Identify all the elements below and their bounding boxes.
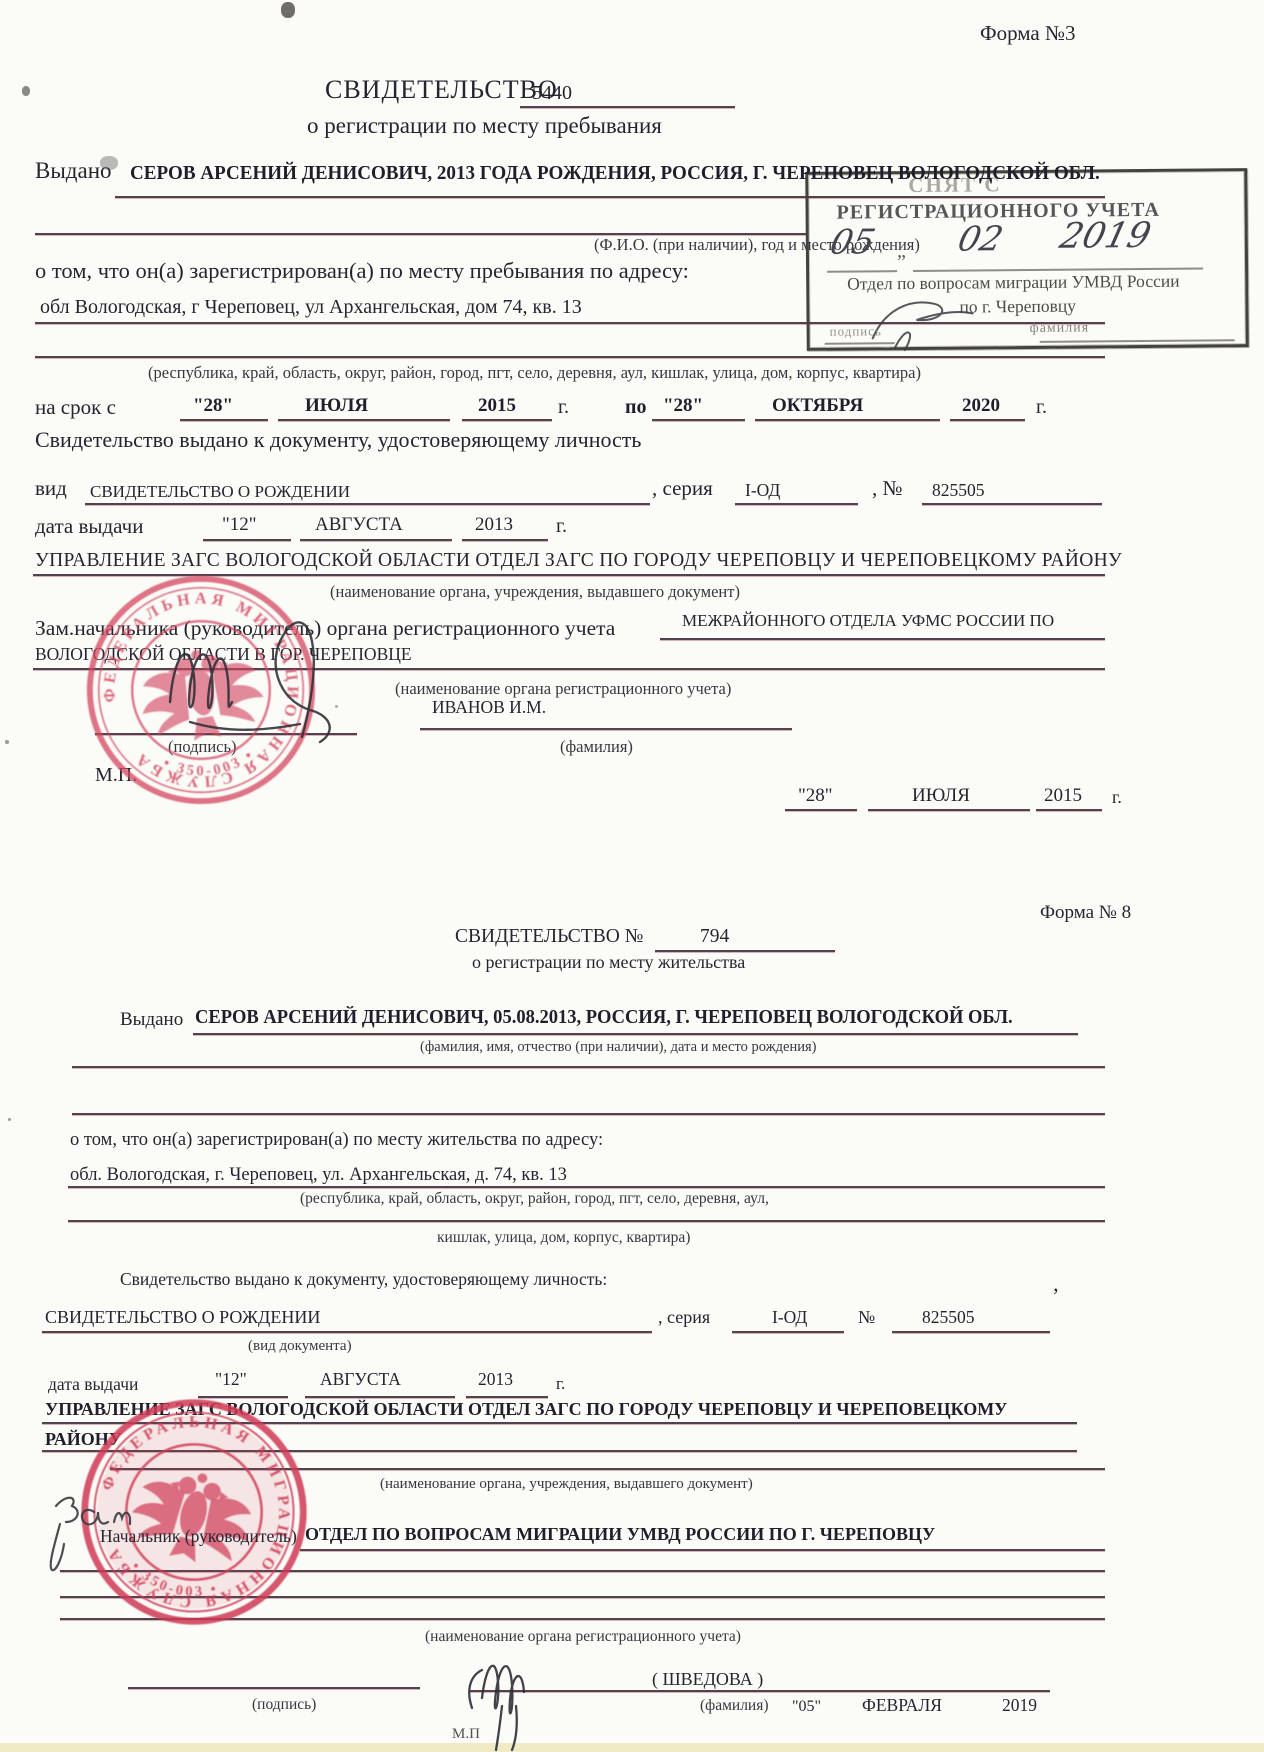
doc2-registered-text: о том, что он(а) зарегистрирован(а) по м… [70,1130,603,1150]
doc1-term-label: на срок с [35,396,116,419]
doc2-seriya-label: , серия [658,1308,710,1328]
doc2-no-label: № [858,1308,875,1328]
doc1-issue-month: АВГУСТА [315,515,403,536]
doc2-issue-day: "12" [215,1370,247,1389]
doc1-issue-year-suffix: г. [556,515,567,537]
ruled-line [85,503,650,505]
doc2-vid-caption: (вид документа) [248,1338,352,1355]
ruled-line [193,1033,1078,1035]
doc1-no-value: 825505 [932,481,985,500]
doc1-issue-year: 2013 [475,515,513,536]
doc1-year-suffix: г. [558,396,569,418]
doc2-issue-year: 2013 [478,1370,513,1389]
doc2-seriya-value: I-ОД [772,1308,807,1327]
scan-speck [8,1118,11,1121]
doc2-doc-text: Свидетельство выдано к документу, удосто… [120,1270,607,1289]
doc1-certificate-number: 5440 [532,82,572,104]
doc2-fio-caption: (фамилия, имя, отчество (при наличии), д… [420,1040,817,1056]
doc1-vid-label: вид [35,477,67,500]
ruled-line [785,809,857,811]
doc1-doc-text: Свидетельство выдано к документу, удосто… [35,428,641,452]
ruled-line [68,1186,1105,1188]
doc2-address: обл. Вологодская, г. Череповец, ул. Арха… [70,1165,567,1185]
doc2-surname-caption: (фамилия) [700,1697,769,1714]
doc2-issued-label: Выдано [120,1010,183,1031]
doc2-apostrophe-mark: ’ [1052,1284,1059,1308]
doc1-term-from-year: 2015 [478,396,516,417]
doc2-date-year: 2019 [1002,1696,1037,1715]
ruled-line [305,1396,455,1398]
doc1-chief-org1: МЕЖРАЙОННОГО ОТДЕЛА УФМС РОССИИ ПО [682,612,1054,631]
ruled-line [735,503,858,505]
stampbox-quote-mark: „ [897,240,906,262]
doc2-title: СВИДЕТЕЛЬСТВО № [455,926,643,947]
doc2-date-month: ФЕВРАЛЯ [862,1696,942,1715]
ruled-line [520,106,735,108]
doc2-signature [452,1640,602,1752]
scan-bottom-edge [0,1743,1264,1752]
doc1-term-from-month: ИЮЛЯ [305,396,368,417]
doc1-issue-day: "12" [222,515,257,536]
ruled-line [755,419,940,421]
doc1-vid-value: СВИДЕТЕЛЬСТВО О РОЖДЕНИИ [90,483,350,502]
ruled-line [950,419,1025,421]
ruled-line [35,356,1105,358]
ruled-line [300,1549,1105,1551]
doc1-form-label: Форма №3 [980,22,1076,45]
scan-speck [281,2,295,18]
ruled-line [68,1220,1105,1222]
stampbox-handwritten-year: 2019 [1056,216,1155,257]
doc1-subtitle: о регистрации по месту пребывания [307,113,662,138]
doc1-no-label: , № [872,477,903,500]
ruled-line [732,1331,844,1333]
doc1-date-month: ИЮЛЯ [912,786,970,807]
doc1-zags-caption: (наименование органа, учреждения, выдавш… [330,583,740,601]
ruled-line [180,419,268,421]
ruled-line [660,638,1105,640]
doc1-term-to-year: 2020 [962,396,1000,417]
doc1-holder-name: СЕРОВ АРСЕНИЙ ДЕНИСОВИЧ, 2013 ГОДА РОЖДЕ… [130,162,1100,185]
doc2-date-day: "05" [792,1698,821,1716]
doc1-term-to-label: по [625,396,647,418]
ruled-line [462,419,552,421]
doc1-seriya-label: , серия [652,477,713,500]
ruled-line [72,1066,1105,1068]
doc1-issue-label: дата выдачи [35,515,143,538]
doc1-date-day: "28" [798,786,833,807]
doc1-org-caption: (наименование органа регистрационного уч… [395,680,731,698]
doc2-zags-caption: (наименование органа, учреждения, выдавш… [380,1476,753,1493]
doc1-date-year: 2015 [1044,786,1082,807]
doc1-seriya-value: I-ОД [745,481,780,500]
doc2-subtitle: о регистрации по месту жительства [472,953,745,973]
doc2-surname: ( ШВЕДОВА ) [652,1670,763,1690]
doc1-year-suffix2: г. [1036,396,1047,418]
ruled-line [922,503,1102,505]
ruled-line [203,539,291,541]
doc1-signature [150,582,350,757]
stampbox-sig-label: подпись [830,324,882,339]
doc1-address: обл Вологодская, г Череповец, ул Арханге… [40,296,582,318]
doc2-no-value: 825505 [922,1308,975,1327]
doc1-address-caption: (республика, край, область, округ, район… [148,364,921,382]
scan-speck [100,156,118,170]
doc1-surname: ИВАНОВ И.М. [432,698,546,717]
doc2-address-caption2: кишлак, улица, дом, корпус, квартира) [437,1229,690,1246]
stampbox-handwritten-day: 05 [826,222,879,262]
doc2-certificate-number: 794 [700,926,729,947]
doc2-issue-year-suffix: г. [556,1375,565,1394]
doc1-term-to-month: ОКТЯБРЯ [772,396,863,417]
doc2-sign-caption: (подпись) [252,1696,316,1713]
doc2-address-caption1: (республика, край, область, округ, район… [300,1190,769,1207]
doc1-term-to-day: "28" [663,396,703,417]
doc2-chief-label: Начальник (руководитель) [100,1527,297,1546]
ruled-line [652,419,745,421]
doc1-term-from-day: "28" [193,396,233,417]
doc1-deregistration-stamp-box: СНЯТ С РЕГИСТРАЦИОННОГО УЧЕТА 05 „ 02 20… [805,168,1249,351]
ruled-line [128,1687,420,1689]
ruled-line [72,1113,1105,1115]
scan-speck [5,740,9,744]
doc1-zags-org: УПРАВЛЕНИЕ ЗАГС ВОЛОГОДСКОЙ ОБЛАСТИ ОТДЕ… [35,550,1122,571]
doc1-surname-caption: (фамилия) [560,738,633,756]
doc1-title: СВИДЕТЕЛЬСТВО [325,76,558,105]
ruled-line [420,728,792,730]
ruled-line [1036,809,1102,811]
scanned-document-page: { "doc1": { "form_label": "Форма №3", "t… [0,0,1264,1752]
doc2-holder-name: СЕРОВ АРСЕНИЙ ДЕНИСОВИЧ, 05.08.2013, РОС… [195,1007,1013,1028]
stampbox-fam-label: фамилия [1030,320,1090,336]
scan-speck [22,86,30,96]
ruled-line [278,419,450,421]
ruled-line [300,539,452,541]
stampbox-handwritten-month: 02 [954,219,1007,259]
ruled-line [868,809,1030,811]
doc2-vid-value: СВИДЕТЕЛЬСТВО О РОЖДЕНИИ [45,1308,320,1328]
ruled-line [892,1331,1050,1333]
stampbox-rule [1040,339,1235,343]
ruled-line [466,1396,548,1398]
ruled-line [42,1331,652,1333]
doc2-issue-month: АВГУСТА [320,1370,401,1389]
doc1-date-year-suffix: г. [1112,788,1122,808]
doc2-form-label: Форма № 8 [1040,903,1131,924]
ruled-line [462,539,548,541]
doc1-registered-text: о том, что он(а) зарегистрирован(а) по м… [35,259,689,284]
doc2-chief-org: ОТДЕЛ ПО ВОПРОСАМ МИГРАЦИИ УМВД РОССИИ П… [305,1525,935,1545]
